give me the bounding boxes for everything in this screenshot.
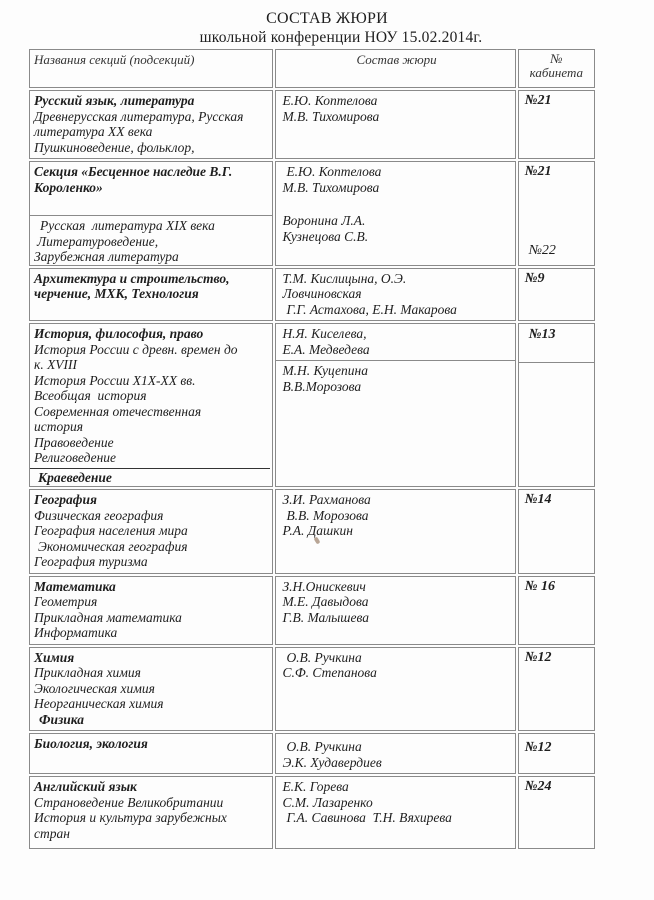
table-row: Химия Прикладная химия Экологическая хим… — [29, 647, 595, 732]
room-cell: №12 — [518, 647, 595, 732]
jury-member: С.Ф. Степанова — [282, 665, 510, 681]
subsection: Прикладная химия — [34, 665, 268, 681]
subsection: История России с древн. времен до — [34, 342, 268, 358]
subsection: Страноведение Великобритании — [34, 795, 268, 811]
jury-cell: Е.К. Горева С.М. Лазаренко Г.А. Савинова… — [275, 776, 515, 849]
section-title: Краеведение — [38, 470, 262, 486]
subsection: История и культура зарубежных — [34, 810, 268, 826]
table-row: Русский язык, литература Древнерусская л… — [29, 90, 595, 159]
subsection: Зарубежная литература — [34, 249, 268, 265]
jury-cell: О.В. Ручкина Э.К. Худавердиев — [275, 733, 515, 774]
subsection: Прикладная математика — [34, 610, 268, 626]
section-title: История, философия, право — [34, 326, 268, 342]
table-row: Архитектура и строительство, черчение, М… — [29, 268, 595, 322]
table-row: Математика Геометрия Прикладная математи… — [29, 576, 595, 645]
section-title: Английский язык — [34, 779, 268, 795]
header-room-line1: № — [523, 52, 590, 66]
section-title: Секция «Бесценное наследие В.Г. — [34, 164, 268, 180]
jury-cell: З.И. Рахманова В.В. Морозова Р.А. Дашкин — [275, 489, 515, 574]
subsection: Древнерусская литература, Русская — [34, 109, 268, 125]
section-cell: Математика Геометрия Прикладная математи… — [29, 576, 273, 645]
room-cell: №14 — [518, 489, 595, 574]
subsection: Религоведение — [34, 450, 268, 466]
section-title: Химия — [34, 650, 268, 666]
section-cell: Русский язык, литература Древнерусская л… — [29, 90, 273, 159]
jury-table: Названия секций (подсекций) Состав жюри … — [27, 47, 597, 851]
header-room: № кабинета — [518, 49, 595, 88]
document-title: СОСТАВ ЖЮРИ — [0, 10, 654, 28]
section-title: География — [34, 492, 268, 508]
jury-member: Г.Г. Астахова, Е.Н. Макарова — [282, 302, 510, 318]
section-cell: География Физическая география География… — [29, 489, 273, 574]
room-number: №21 — [523, 164, 590, 180]
room-number: №22 — [523, 243, 556, 259]
table-row: География Физическая география География… — [29, 489, 595, 574]
subsection: Современная отечественная — [34, 404, 268, 420]
jury-member: В.В.Морозова — [282, 379, 510, 395]
table-row: Секция «Бесценное наследие В.Г. Короленк… — [29, 161, 595, 266]
subsection-block: Русская литература XIX века Литературове… — [30, 215, 272, 265]
jury-cell: З.Н.Онискевич М.Е. Давыдова Г.В. Малышев… — [275, 576, 515, 645]
subsection: Литературоведение, — [34, 234, 268, 250]
subsection: история — [34, 419, 268, 435]
jury-member: З.И. Рахманова — [282, 492, 510, 508]
jury-member: М.Е. Давыдова — [282, 594, 510, 610]
subsection: к. XVIII — [34, 357, 268, 373]
subsection: Экологическая химия — [34, 681, 268, 697]
room-cell: № 16 — [518, 576, 595, 645]
section-title: черчение, МХК, Технология — [34, 286, 268, 302]
section-title: Русский язык, литература — [34, 93, 268, 109]
section-cell: История, философия, право История России… — [29, 323, 273, 487]
subsection: Неорганическая химия — [34, 696, 268, 712]
section-title: Биология, экология — [34, 736, 268, 752]
subsection: Экономическая география — [34, 539, 268, 555]
subsection: История России Х1Х-ХХ вв. — [34, 373, 268, 389]
jury-cell: Е.Ю. Коптелова М.В. Тихомирова — [275, 90, 515, 159]
jury-member: Ловчиновская — [282, 286, 510, 302]
section-title: Математика — [34, 579, 268, 595]
subsection: География населения мира — [34, 523, 268, 539]
subsection: Информатика — [34, 625, 268, 641]
jury-member: Т.М. Кислицына, О.Э. — [282, 271, 510, 287]
jury-member: Е.А. Медведева — [282, 342, 510, 358]
table-row: Английский язык Страноведение Великобрит… — [29, 776, 595, 849]
jury-cell: О.В. Ручкина С.Ф. Степанова — [275, 647, 515, 732]
room-number: №13 — [523, 327, 556, 342]
subsection: Пушкиноведение, фольклор, — [34, 140, 268, 156]
section-cell: Биология, экология — [29, 733, 273, 774]
extra-section: Краеведение — [30, 468, 270, 486]
room-cell: №21 — [518, 90, 595, 159]
section-cell: Химия Прикладная химия Экологическая хим… — [29, 647, 273, 732]
jury-member: Н.Я. Киселева, — [282, 326, 510, 342]
subsection: литература ХХ века — [34, 124, 268, 140]
jury-cell: Т.М. Кислицына, О.Э. Ловчиновская Г.Г. А… — [275, 268, 515, 322]
header-jury: Состав жюри — [275, 49, 515, 88]
jury-member: Е.К. Горева — [282, 779, 510, 795]
table-header-row: Названия секций (подсекций) Состав жюри … — [29, 49, 595, 88]
subsection: География туризма — [34, 554, 268, 570]
room-cell: №13 — [518, 323, 595, 487]
header-room-line2: кабинета — [523, 66, 590, 80]
jury-member: О.В. Ручкина — [282, 739, 510, 755]
jury-member: Кузнецова С.В. — [282, 229, 510, 245]
header-sections: Названия секций (подсекций) — [29, 49, 273, 88]
jury-member: В.В. Морозова — [282, 508, 510, 524]
jury-member: С.М. Лазаренко — [282, 795, 510, 811]
jury-member: Е.Ю. Коптелова — [282, 164, 510, 180]
room-cell: №21 №22 — [518, 161, 595, 266]
jury-member: Воронина Л.А. — [282, 213, 510, 229]
section-title: Физика — [34, 712, 268, 728]
table-row: Биология, экология О.В. Ручкина Э.К. Худ… — [29, 733, 595, 774]
room-cell: №12 — [518, 733, 595, 774]
jury-member: М.В. Тихомирова — [282, 109, 510, 125]
jury-member: М.Н. Куцепина — [282, 363, 510, 379]
jury-member: О.В. Ручкина — [282, 650, 510, 666]
section-cell: Архитектура и строительство, черчение, М… — [29, 268, 273, 322]
room-cell: №9 — [518, 268, 595, 322]
subsection: Геометрия — [34, 594, 268, 610]
subsection: стран — [34, 826, 268, 842]
jury-member: М.В. Тихомирова — [282, 180, 510, 196]
subsection: Правоведение — [34, 435, 268, 451]
room-cell: №24 — [518, 776, 595, 849]
subsection: Русская литература XIX века — [34, 218, 268, 234]
section-title: Короленко» — [34, 180, 268, 196]
section-title: Архитектура и строительство, — [34, 271, 268, 287]
jury-member: Э.К. Худавердиев — [282, 755, 510, 771]
jury-member: Г.В. Малышева — [282, 610, 510, 626]
section-cell: Секция «Бесценное наследие В.Г. Короленк… — [29, 161, 273, 266]
jury-member: Е.Ю. Коптелова — [282, 93, 510, 109]
jury-member: З.Н.Онискевич — [282, 579, 510, 595]
document-subtitle: школьной конференции НОУ 15.02.2014г. — [14, 29, 654, 47]
jury-member: Г.А. Савинова Т.Н. Вяхирева — [282, 810, 510, 826]
jury-cell: Н.Я. Киселева, Е.А. Медведева М.Н. Куцеп… — [275, 323, 515, 487]
subsection: Всеобщая история — [34, 388, 268, 404]
subsection: Физическая география — [34, 508, 268, 524]
jury-cell: Е.Ю. Коптелова М.В. Тихомирова Воронина … — [275, 161, 515, 266]
table-row: История, философия, право История России… — [29, 323, 595, 487]
section-cell: Английский язык Страноведение Великобрит… — [29, 776, 273, 849]
